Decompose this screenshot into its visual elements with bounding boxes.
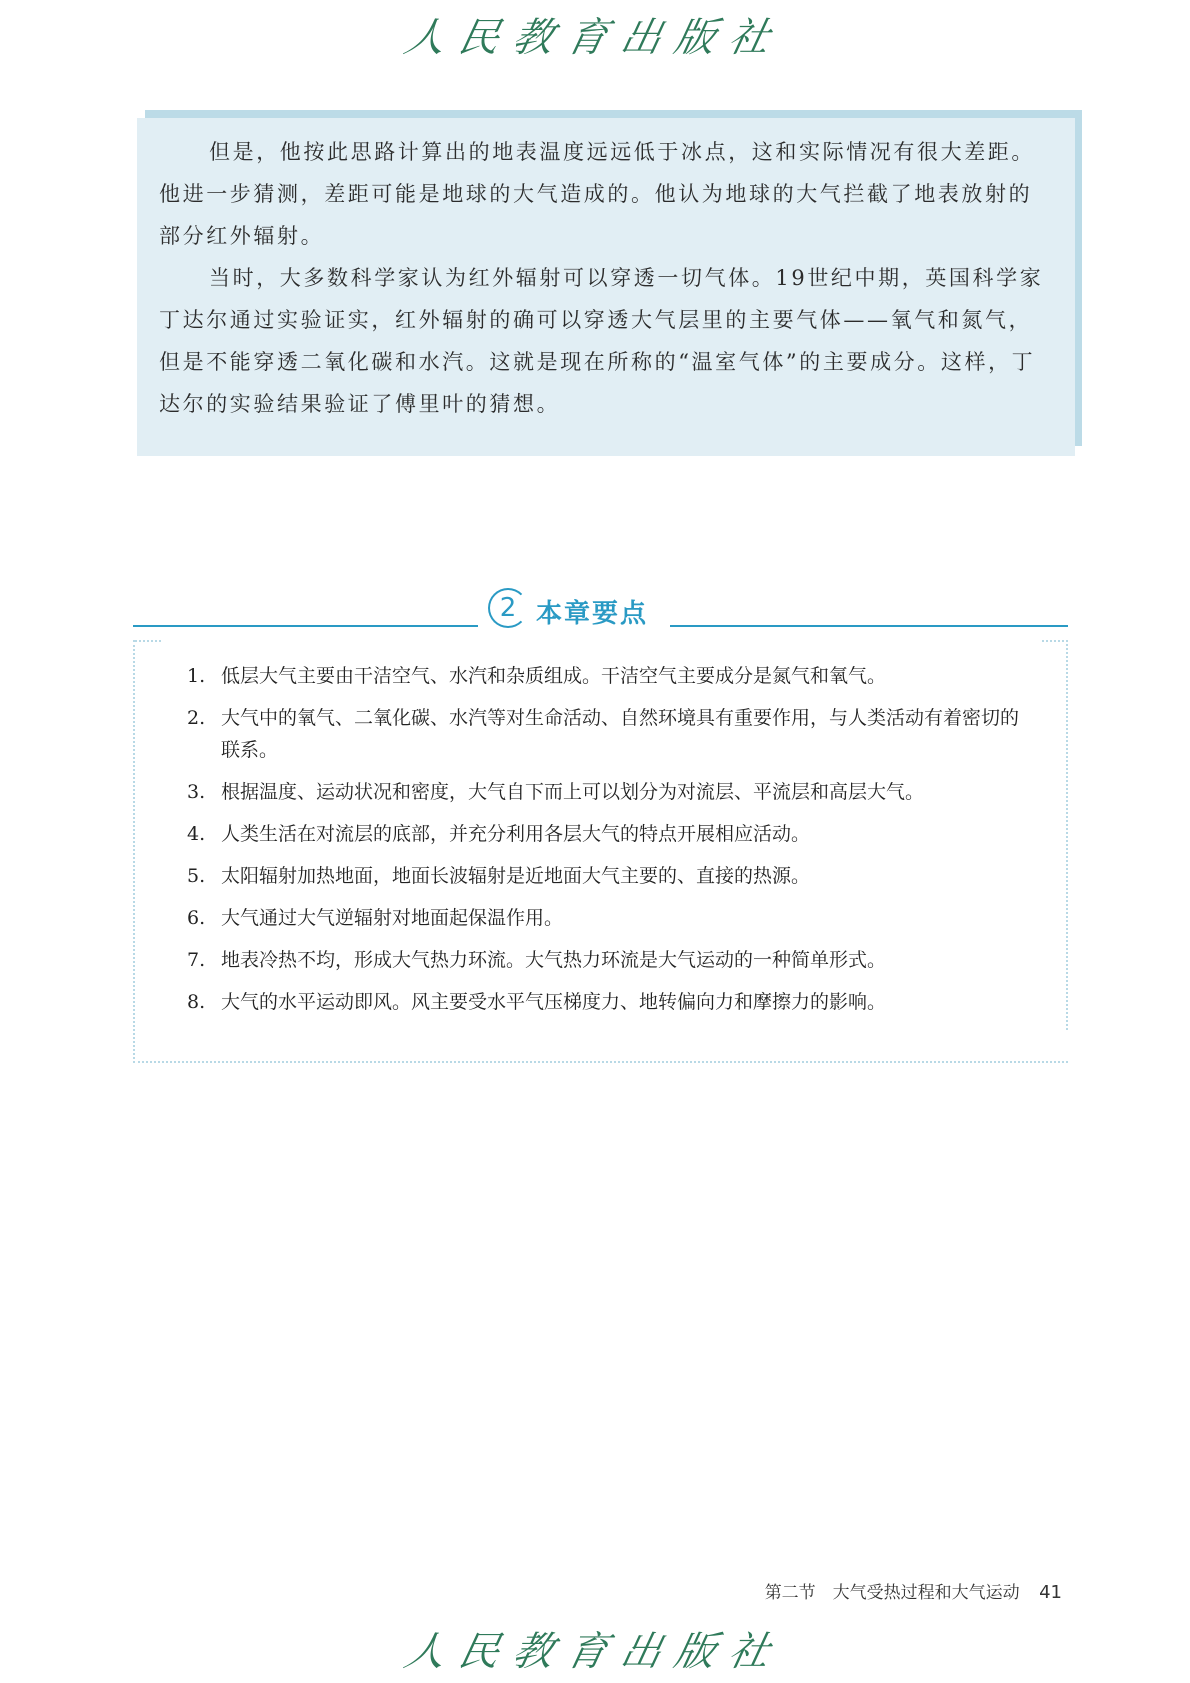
list-item: 3.根据温度、运动状况和密度，大气自下而上可以划分为对流层、平流层和高层大气。: [187, 776, 1028, 808]
section-title: 本章要点: [536, 593, 648, 630]
list-item: 2.大气中的氧气、二氧化碳、水汽等对生命活动、自然环境具有重要作用，与人类活动有…: [187, 702, 1028, 766]
dotted-border: [1042, 640, 1068, 642]
page-footer: 第二节 大气受热过程和大气运动 41: [765, 1578, 1062, 1603]
divider-left: [133, 625, 478, 627]
dotted-border: [135, 640, 161, 642]
chapter-title: 第二节 大气受热过程和大气运动: [765, 1583, 1020, 1603]
list-item: 8.大气的水平运动即风。风主要受水平气压梯度力、地转偏向力和摩擦力的影响。: [187, 986, 1028, 1018]
page-number: 41: [1039, 1582, 1062, 1603]
section-number-badge: 2: [488, 588, 528, 628]
section-header: 2 本章要点: [133, 588, 1068, 638]
key-points-list: 1.低层大气主要由干洁空气、水汽和杂质组成。干洁空气主要成分是氮气和氧气。 2.…: [187, 660, 1028, 1028]
list-item: 4.人类生活在对流层的底部，并充分利用各层大气的特点开展相应活动。: [187, 818, 1028, 850]
key-points-box: 1.低层大气主要由干洁空气、水汽和杂质组成。干洁空气主要成分是氮气和氧气。 2.…: [133, 640, 1068, 1063]
list-item: 1.低层大气主要由干洁空气、水汽和杂质组成。干洁空气主要成分是氮气和氧气。: [187, 660, 1028, 692]
reading-paragraph: 当时，大多数科学家认为红外辐射可以穿透一切气体。19世纪中期，英国科学家丁达尔通…: [159, 257, 1053, 425]
dotted-border: [1066, 640, 1068, 1030]
publisher-logo-top: 人民教育出版社: [0, 6, 1190, 63]
reading-box: 但是，他按此思路计算出的地表温度远远低于冰点，这和实际情况有很大差距。他进一步猜…: [137, 118, 1075, 456]
reading-paragraph: 但是，他按此思路计算出的地表温度远远低于冰点，这和实际情况有很大差距。他进一步猜…: [159, 131, 1053, 257]
publisher-logo-bottom: 人民教育出版社: [0, 1620, 1190, 1677]
divider-right: [670, 625, 1068, 627]
list-item: 5.太阳辐射加热地面，地面长波辐射是近地面大气主要的、直接的热源。: [187, 860, 1028, 892]
list-item: 7.地表冷热不均，形成大气热力环流。大气热力环流是大气运动的一种简单形式。: [187, 944, 1028, 976]
list-item: 6.大气通过大气逆辐射对地面起保温作用。: [187, 902, 1028, 934]
